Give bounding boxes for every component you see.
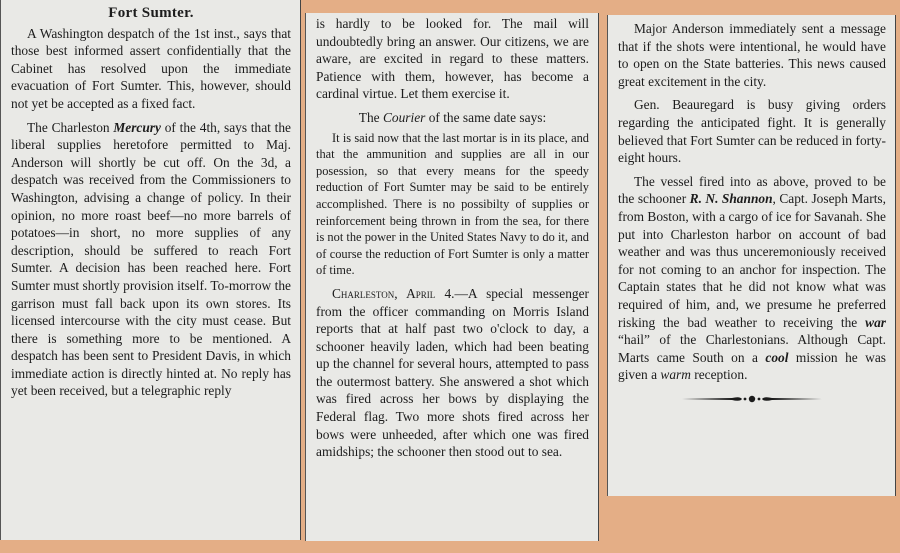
text: The: [359, 110, 383, 125]
emphasis-war: war: [865, 315, 886, 330]
text: The Charleston: [27, 120, 113, 135]
paragraph-charleston-april-4: Charleston, April 4.—A special messenger…: [316, 285, 589, 461]
clipping-column-1: Fort Sumter. A Washington despatch of th…: [0, 0, 301, 540]
text: of the same date says:: [425, 110, 546, 125]
clipping-column-2: is hardly to be looked for. The mail wil…: [305, 13, 599, 541]
emphasis-warm: warm: [660, 367, 691, 382]
emphasis-cool: cool: [765, 350, 788, 365]
dateline: Charleston, April 4.: [332, 286, 455, 301]
ornamental-rule-icon: [618, 394, 886, 404]
paragraph-schooner-shannon: The vessel fired into as above, proved t…: [618, 173, 886, 384]
paragraph-beauregard: Gen. Beauregard is busy giving orders re…: [618, 96, 886, 166]
text: —A special messenger from the officer co…: [316, 286, 589, 459]
clipping-column-3: Major Anderson immediately sent a messag…: [607, 15, 896, 496]
text: of the 4th, says that the liberal suppli…: [11, 120, 291, 399]
headline: Fort Sumter.: [11, 5, 291, 23]
text: , Capt. Joseph Marts, from Boston, with …: [618, 191, 886, 329]
courier-subhead: The Courier of the same date says:: [316, 109, 589, 127]
newspaper-name-mercury: Mercury: [113, 120, 161, 135]
vessel-name: R. N. Shannon: [690, 191, 773, 206]
paragraph-continued: is hardly to be looked for. The mail wil…: [316, 15, 589, 103]
text: reception.: [691, 367, 748, 382]
paragraph-major-anderson: Major Anderson immediately sent a messag…: [618, 20, 886, 90]
paragraph-washington-despatch: A Washington despatch of the 1st inst., …: [11, 25, 291, 113]
paragraph-charleston-mercury: The Charleston Mercury of the 4th, says …: [11, 119, 291, 401]
paragraph-courier-quote: It is said now that the last mortar is i…: [316, 130, 589, 279]
newspaper-name-courier: Courier: [383, 110, 425, 125]
